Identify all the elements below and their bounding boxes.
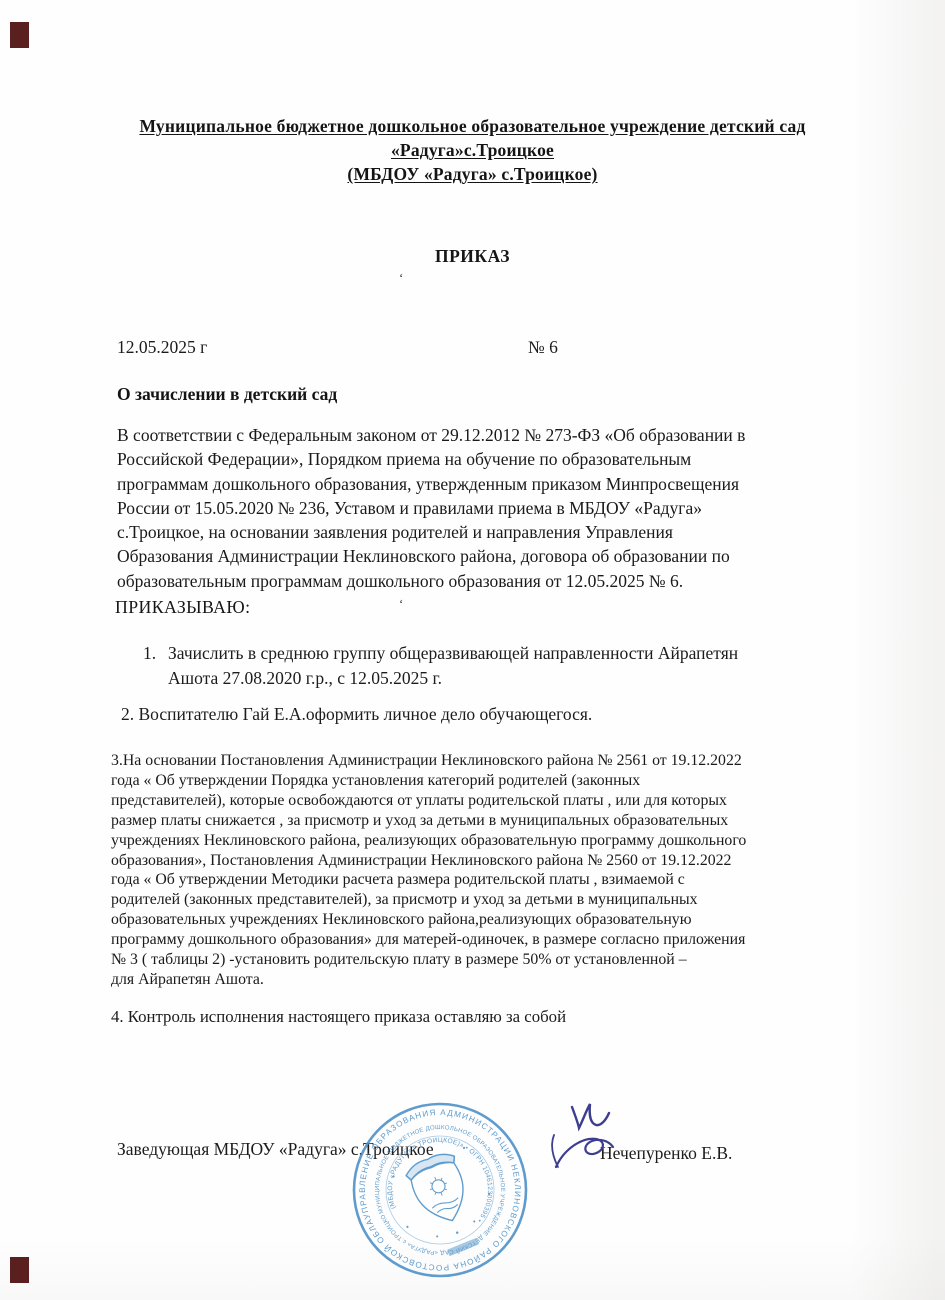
order-subject: О зачислении в детский сад — [117, 384, 337, 405]
scan-speck: ‘ — [399, 596, 403, 612]
organization-header: Муниципальное бюджетное дошкольное образ… — [60, 114, 885, 186]
order-item-1: 1. Зачислить в среднюю группу общеразвив… — [143, 641, 823, 690]
item-1-number: 1. — [143, 641, 156, 666]
order-number: № 6 — [528, 337, 558, 358]
order-item-4: 4. Контроль исполнения настоящего приказ… — [111, 1007, 566, 1027]
scan-corner-mark-top — [10, 22, 29, 48]
order-title: ПРИКАЗ — [0, 246, 945, 267]
seal-ring-outer-text: УПРАВЛЕНИЕ ОБРАЗОВАНИЯ АДМИНИСТРАЦИИ НЕК… — [333, 1083, 547, 1298]
scan-speck: ‘ — [399, 270, 403, 286]
organization-name-line3: (МБДОУ «Радуга» с.Троицкое) — [347, 164, 597, 184]
order-item-3: 3.На основании Постановления Администрац… — [111, 751, 911, 990]
organization-name-line1: Муниципальное бюджетное дошкольное образ… — [139, 116, 805, 136]
intro-paragraph: В соответствии с Федеральным законом от … — [117, 423, 823, 593]
scan-corner-mark-bottom — [10, 1257, 29, 1283]
order-item-2: 2. Воспитателю Гай Е.А.оформить личное д… — [121, 704, 592, 725]
handwritten-signature — [552, 1104, 613, 1167]
official-stamp-and-signature: УПРАВЛЕНИЕ ОБРАЗОВАНИЯ АДМИНИСТРАЦИИ НЕК… — [320, 1075, 660, 1300]
round-seal: УПРАВЛЕНИЕ ОБРАЗОВАНИЯ АДМИНИСТРАЦИИ НЕК… — [328, 1078, 552, 1300]
seal-crest-emblem — [403, 1149, 476, 1230]
decree-word: ПРИКАЗЫВАЮ: — [115, 597, 250, 618]
organization-name-line2: «Радуга»с.Троицкое — [391, 140, 554, 160]
order-date: 12.05.2025 г — [117, 337, 207, 358]
order-meta-row: 12.05.2025 г № 6 — [0, 337, 945, 359]
item-1-text: Зачислить в среднюю группу общеразвивающ… — [168, 641, 823, 690]
seal-base-text-block — [447, 1238, 479, 1256]
scanned-order-document: Муниципальное бюджетное дошкольное образ… — [0, 0, 945, 1300]
stamp-svg: УПРАВЛЕНИЕ ОБРАЗОВАНИЯ АДМИНИСТРАЦИИ НЕК… — [320, 1075, 660, 1300]
